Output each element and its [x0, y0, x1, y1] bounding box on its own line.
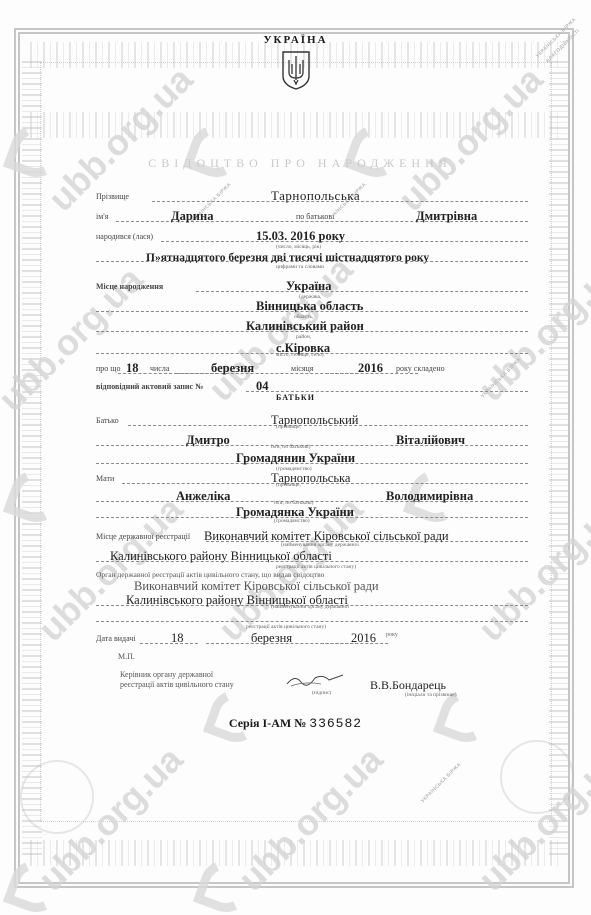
- mother-surname-row: Мати Тарнопольська (прізвище,: [96, 468, 528, 486]
- birthplace-country: Україна: [286, 279, 331, 294]
- record-prefix-label: про що: [96, 364, 120, 373]
- birthplace-region-row: Вінницька область область,: [96, 296, 528, 314]
- stamp-label: М.П.: [118, 652, 135, 661]
- birth-date-value: 15.03. 2016 року: [256, 229, 345, 244]
- record-month-label: місяця: [291, 364, 313, 373]
- signature: [285, 672, 345, 688]
- registration-place-label: Місце державної реєстрації: [96, 532, 190, 541]
- issue-date-year-suffix: року: [386, 632, 398, 638]
- record-month: березня: [211, 361, 254, 376]
- signature-caption: (підпис): [312, 690, 331, 696]
- birth-date-words: П»ятнадцятого березня дві тисячі шістнад…: [146, 252, 429, 264]
- signatory-caption: (ініціали та прізвище): [405, 692, 457, 698]
- birthplace-district-row: Калинівський район район,: [96, 316, 528, 334]
- country-name: УКРАЇНА: [0, 34, 591, 46]
- surname-value: Тарнопольська: [271, 188, 360, 204]
- birth-date-label: народився (лася): [96, 232, 153, 241]
- surname-row: Прізвище Тарнопольська: [96, 186, 528, 204]
- ornament-left: [22, 60, 42, 855]
- father-citizenship: Громадянин України: [236, 451, 355, 466]
- mother-citizenship-caption: (громадянство): [274, 518, 310, 524]
- issuing-authority-row3: реєстрації актів цивільного стану): [96, 606, 528, 624]
- father-name-row: Дмитро Віталійович ім'я, по батькові): [96, 430, 528, 448]
- mother-label: Мати: [96, 474, 114, 483]
- father-patronymic: Віталійович: [396, 433, 465, 448]
- head-label-line2: реєстрації актів цивільного стану: [120, 680, 234, 689]
- registration-place-row2: Калинівського району Вінницької області …: [96, 546, 528, 564]
- birthplace-region: Вінницька область: [256, 299, 363, 314]
- name-row: ім'я Дарина по батькові Дмитрівна: [96, 206, 528, 224]
- trident-coat-of-arms-icon: [281, 50, 311, 90]
- birth-date-words-caption: цифрами та словами: [276, 264, 324, 270]
- head-label-line1: Керівник органу державної: [120, 670, 213, 679]
- registration-place-line2: Калинівського району Вінницької області: [110, 549, 332, 564]
- patronymic-value: Дмитрівна: [416, 209, 477, 224]
- birth-certificate-page: ubb.org.ua ubb.org.ua ubb.org.ua ubb.org…: [0, 0, 591, 915]
- series-number-value: 336582: [309, 716, 362, 731]
- birthplace-district: Калинівський район: [246, 319, 364, 334]
- father-surname-row: Батько Тарнопольський (прізвище,: [96, 410, 528, 428]
- father-label: Батько: [96, 416, 119, 425]
- patronymic-label: по батькові: [296, 212, 334, 221]
- signatory-name: В.В.Бондарець: [370, 678, 446, 915]
- series-label: Серія І-АМ №: [229, 716, 306, 730]
- issue-date-year: 2016: [351, 631, 376, 646]
- ornament-right: [549, 60, 569, 855]
- issue-date-label: Дата видачі: [96, 634, 136, 643]
- record-year-label: року складено: [396, 364, 445, 373]
- father-citizenship-row: Громадянин України (громадянство): [96, 448, 528, 466]
- act-number-row: відповідний актовий запис № 04: [96, 376, 528, 394]
- series-number: Серія І-АМ № 336582: [0, 716, 591, 731]
- record-year: 2016: [358, 361, 383, 376]
- birthplace-settlement-row: с.Кіровка місто, селище, село): [96, 338, 528, 356]
- birth-date-row: народився (лася) 15.03. 2016 року (число…: [96, 226, 528, 244]
- father-name: Дмитро: [186, 433, 230, 448]
- name-label: ім'я: [96, 212, 108, 221]
- issue-date-day: 18: [171, 631, 184, 646]
- birth-date-words-row: П»ятнадцятого березня дві тисячі шістнад…: [96, 246, 528, 264]
- birthplace-country-row: Місце народження Україна (держава,: [96, 276, 528, 294]
- record-date-row: про що 18 числа березня місяця 2016 року…: [96, 358, 528, 376]
- parents-header: БАТЬКИ: [0, 393, 591, 402]
- act-number-label: відповідний актовий запис №: [96, 382, 203, 391]
- record-day: 18: [126, 361, 139, 376]
- surname-label: Прізвище: [96, 192, 129, 201]
- issue-date-month: березня: [251, 631, 292, 646]
- birthplace-label: Місце народження: [96, 282, 163, 291]
- name-value: Дарина: [171, 209, 213, 224]
- document-title: СВІДОЦТВО ПРО НАРОДЖЕННЯ: [120, 156, 480, 171]
- act-number-value: 04: [256, 379, 269, 394]
- mother-citizenship-row: Громадянка України (громадянство): [96, 502, 528, 520]
- record-day-label: числа: [150, 364, 169, 373]
- registration-place-row: Місце державної реєстрації Виконавчий ко…: [96, 526, 528, 544]
- issue-date-row: Дата видачі 18 березня 2016 року: [96, 628, 528, 646]
